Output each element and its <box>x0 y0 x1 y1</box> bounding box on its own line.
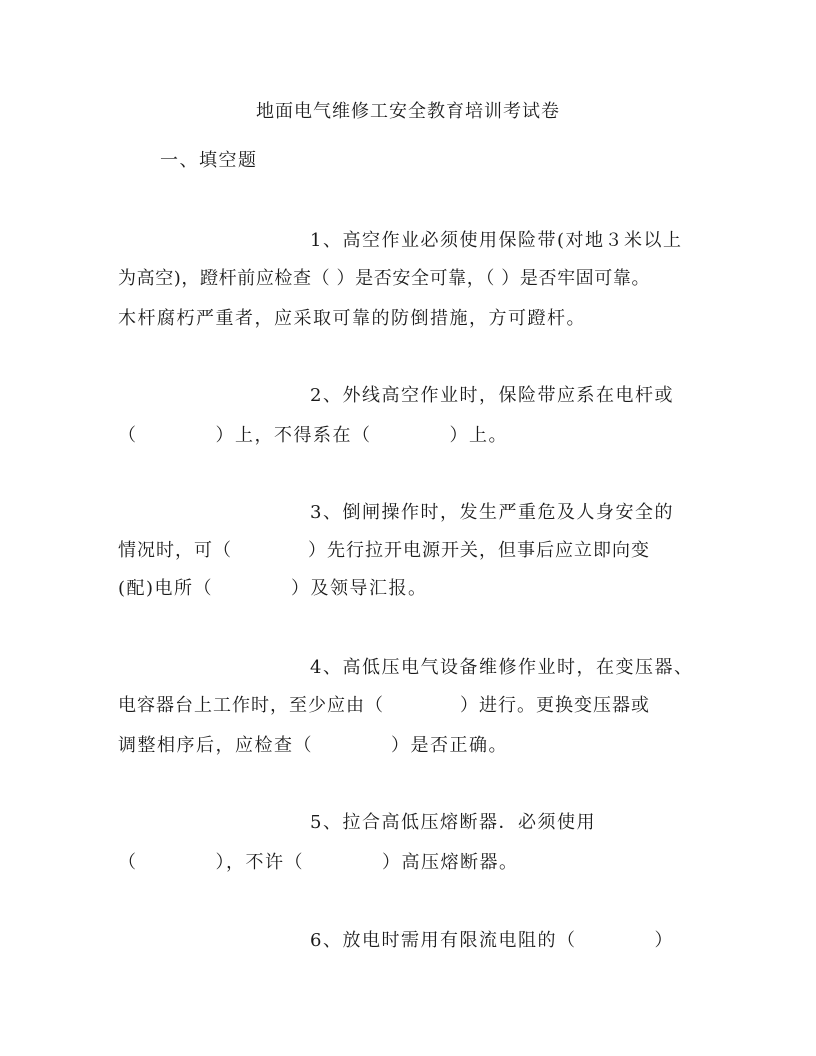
question-line: 3、倒闸操作时，发生严重危及人身安全的 <box>310 502 674 524</box>
question-line: （ ）上，不得系在（ ）上。 <box>118 425 508 447</box>
question-line: （ ），不许（ ）高压熔断器。 <box>118 852 519 874</box>
question-line: 4、高低压电气设备维修作业时，在变压器、 <box>310 657 693 679</box>
section-heading: 一、填空题 <box>160 150 258 172</box>
question-line: 调整相序后，应检查（ ）是否正确。 <box>118 735 508 757</box>
question-line: 为高空)，蹬杆前应检查（ ）是否安全可靠，（ ）是否牢固可靠。 <box>118 268 650 290</box>
question-line: 木杆腐朽严重者，应采取可靠的防倒措施，方可蹬杆。 <box>118 308 586 330</box>
document-title: 地面电气维修工安全教育培训考试卷 <box>0 97 816 123</box>
question-line: 电容器台上工作时，至少应由（ ）进行。更换变压器或 <box>118 695 650 717</box>
question-line: 情况时，可（ ）先行拉开电源开关，但事后应立即向变 <box>118 540 650 562</box>
question-line: 6、放电时需用有限流电阻的（ ） <box>310 930 674 952</box>
question-line: 1、高空作业必须使用保险带(对地３米以上 <box>310 230 682 252</box>
question-line: (配)电所（ ）及领导汇报。 <box>118 578 428 600</box>
question-line: 2、外线高空作业时，保险带应系在电杆或 <box>310 385 674 407</box>
question-line: 5、拉合高低压熔断器．必须使用 <box>310 812 596 834</box>
